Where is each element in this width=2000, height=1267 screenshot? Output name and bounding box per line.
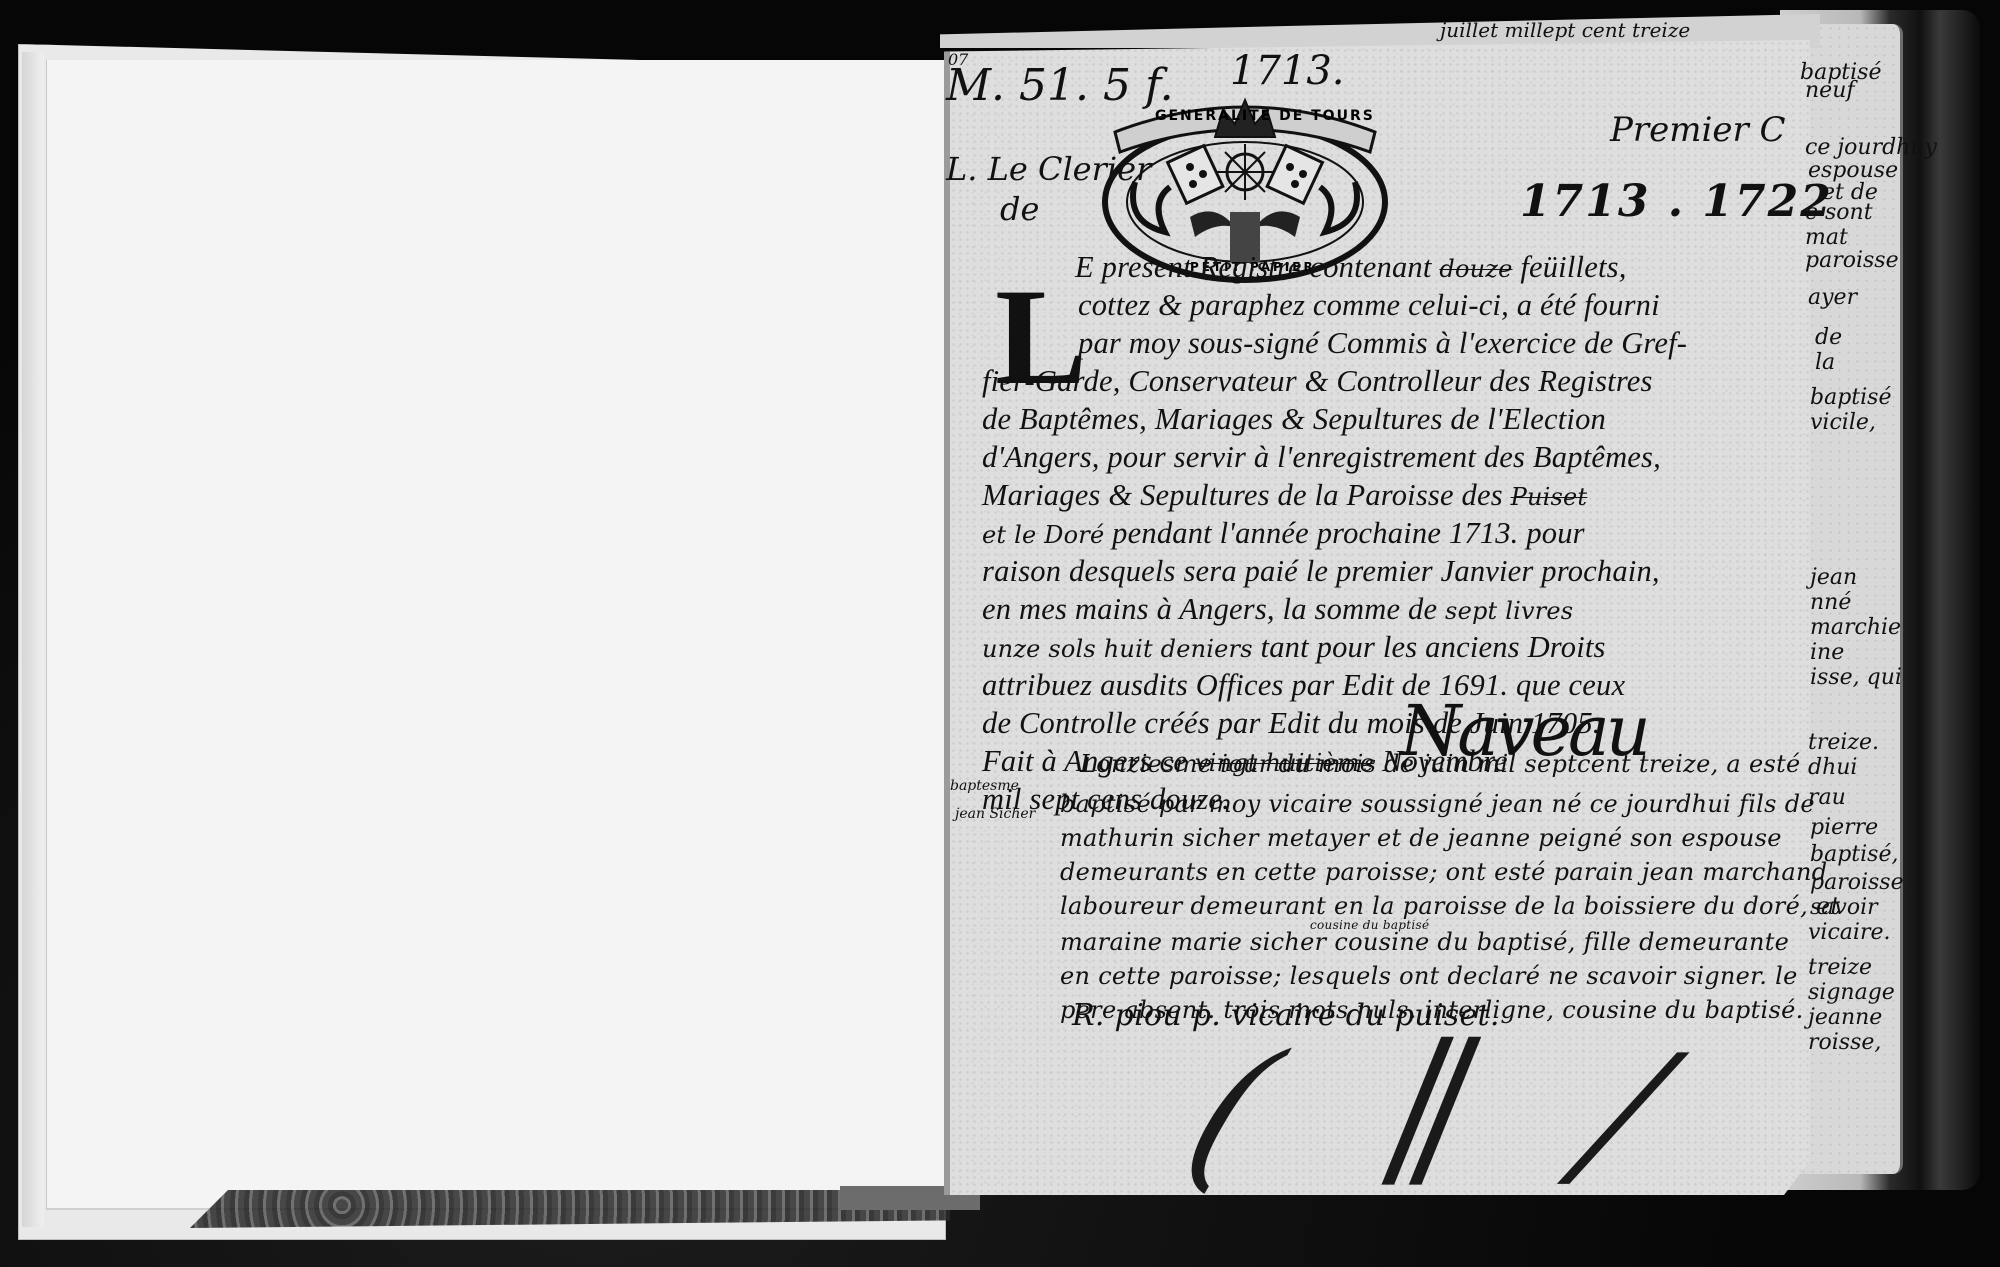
line-text: E present Registre contenant — [1075, 250, 1439, 284]
printed-line-9: raison desquels sera paié le premier Jan… — [982, 554, 1660, 589]
baptism-line-4: demeurants en cette paroisse; ont esté p… — [1060, 858, 1827, 886]
folio-mark: ( ∥ / — [1162, 1020, 1730, 1207]
printed-line-4: fier-Garde, Conservateur & Controlleur d… — [982, 364, 1653, 399]
printed-line-10: en mes mains à Angers, la somme de sept … — [982, 592, 1573, 627]
adjacent-fragment: paroisse — [1810, 870, 1904, 895]
adjacent-fragment: signage — [1808, 980, 1895, 1005]
adjacent-fragment: treize — [1808, 955, 1872, 980]
line-text: feüillets, — [1513, 250, 1627, 284]
signer-note-2: de — [1000, 190, 1039, 228]
line-text: tant pour les anciens Droits — [1253, 630, 1606, 664]
printed-line-2: cottez & paraphez comme celui-ci, a été … — [1078, 288, 1660, 323]
handwritten-fill: douze — [1439, 255, 1512, 283]
adjacent-fragment: ine — [1810, 640, 1844, 665]
adjacent-fragment: e sont — [1805, 200, 1873, 225]
adjacent-fragment: pierre — [1810, 815, 1878, 840]
adjacent-fragment: dhui — [1808, 755, 1857, 780]
adjacent-fragment: treize. — [1808, 730, 1879, 755]
adjacent-fragment: la — [1815, 350, 1835, 375]
adjacent-fragment: mat — [1805, 225, 1848, 250]
adjacent-fragment: isse, qui — [1810, 665, 1902, 690]
year-range: 1713 . 1722 — [1520, 176, 1833, 227]
printed-line-6: d'Angers, pour servir à l'enregistrement… — [982, 440, 1661, 475]
adjacent-fragment: baptisé — [1810, 385, 1891, 410]
adjacent-fragment: vicile, — [1810, 410, 1876, 435]
baptism-line-3: mathurin sicher metayer et de jeanne pei… — [1060, 824, 1782, 852]
adjacent-fragment: ayer — [1808, 285, 1857, 310]
printed-line-1: E present Registre contenant douze feüil… — [1075, 250, 1627, 285]
left-blank-page — [46, 60, 945, 1210]
adjacent-fragment: roisse, — [1808, 1030, 1881, 1055]
adjacent-fragment: savoir — [1810, 895, 1878, 920]
handwritten-fill: Puiset — [1511, 483, 1588, 511]
premier-label: Premier C — [1610, 110, 1786, 150]
adjacent-fragment: nné — [1810, 590, 1851, 615]
adjacent-fragment: vicaire. — [1808, 920, 1890, 945]
printed-line-8: et le Doré pendant l'année prochaine 171… — [982, 516, 1585, 551]
adjacent-fragment: jeanne — [1808, 1005, 1882, 1030]
line-text: pendant l'année prochaine 1713. pour — [1104, 516, 1584, 550]
handwritten-fill: unze sols huit deniers — [982, 635, 1253, 663]
year-header: 1713. — [1230, 48, 1345, 94]
baptism-line-6: maraine marie sicher cousine du baptisé,… — [1060, 928, 1789, 956]
margin-note-name: jean Sicher — [955, 806, 1035, 822]
printed-line-7: Mariages & Sepultures de la Paroisse des… — [982, 478, 1587, 513]
adjacent-fragment: de — [1815, 325, 1842, 350]
left-cover-bevel — [22, 52, 44, 1227]
adjacent-fragment: marchie — [1810, 615, 1901, 640]
adjacent-fragment: baptisé, — [1810, 842, 1898, 867]
handwritten-fill: sept livres — [1445, 597, 1573, 625]
interlinear-note: cousine du baptisé — [1310, 918, 1429, 932]
printed-line-5: de Baptêmes, Mariages & Sepultures de l'… — [982, 402, 1606, 437]
printed-line-11: unze sols huit deniers tant pour les anc… — [982, 630, 1606, 665]
baptism-line-2: baptisé par moy vicaire soussigné jean n… — [1060, 790, 1815, 818]
adjacent-fragment: jean — [1810, 565, 1857, 590]
line-text: Mariages & Sepultures de la Paroisse des — [982, 478, 1511, 512]
stamp-top-text: GENERALITE DE TOURS — [1155, 108, 1375, 124]
baptism-line-5: laboureur demeurant en la paroisse de la… — [1060, 892, 1840, 920]
adjacent-fragment: paroisse — [1805, 248, 1899, 273]
margin-note-baptesme: baptesme — [950, 778, 1019, 794]
baptism-line-7: en cette paroisse; lesquels ont declaré … — [1060, 962, 1798, 990]
handwritten-fill: et le Doré — [982, 521, 1104, 549]
line-text: en mes mains à Angers, la somme de — [982, 592, 1445, 626]
adjacent-fragment: neuf — [1805, 78, 1855, 103]
baptism-line-1: Lonziesme iour du mois de juin mil septc… — [1080, 750, 1801, 778]
adjacent-fragment: rau — [1808, 785, 1846, 810]
top-edge-fragment: juillet millept cent treize — [1440, 18, 1690, 42]
adjacent-fragment: ce jourdhuy — [1805, 135, 1937, 160]
printed-line-3: par moy sous-signé Commis à l'exercice d… — [1078, 326, 1687, 361]
